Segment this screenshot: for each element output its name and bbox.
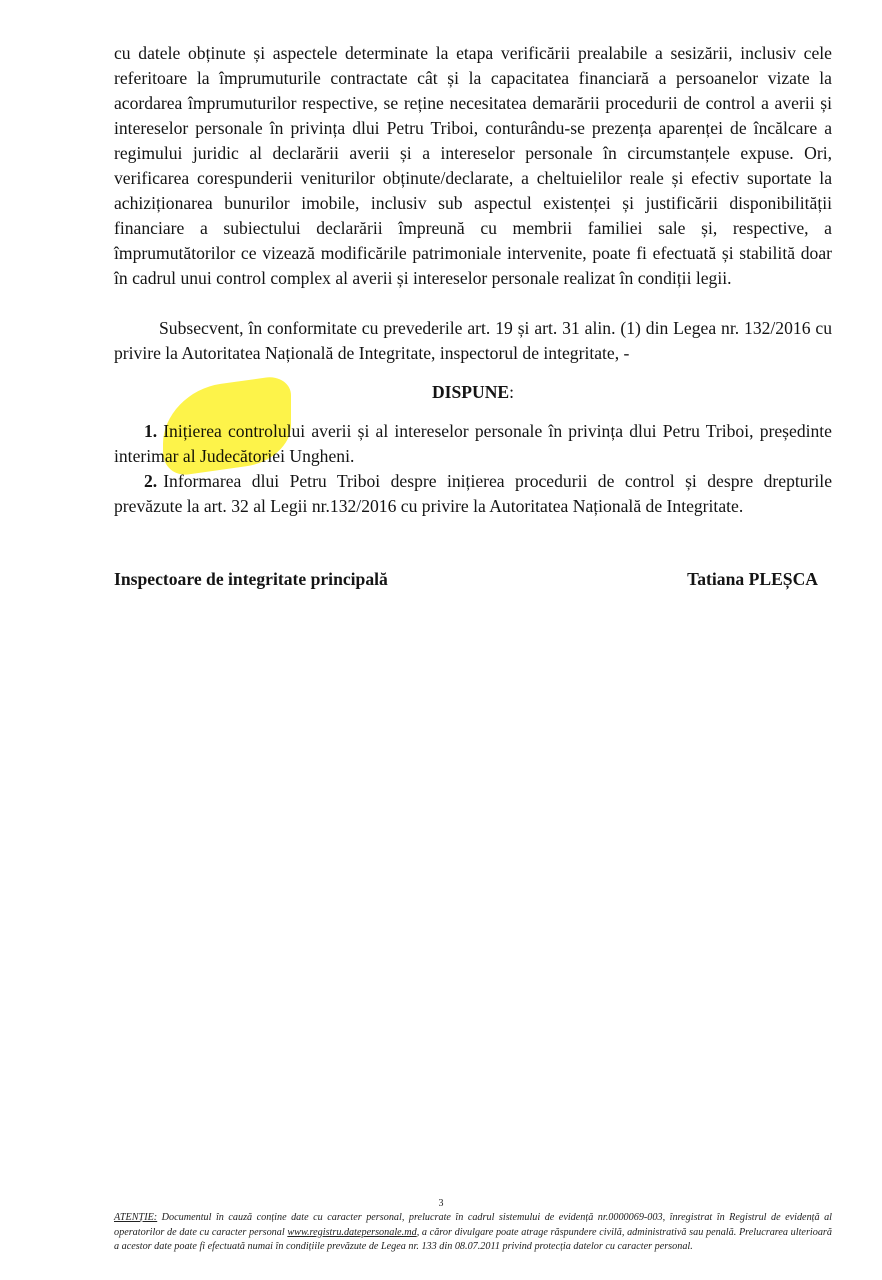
heading-text: DISPUNE — [432, 382, 509, 402]
document-page: cu datele obținute și aspectele determin… — [0, 0, 882, 1280]
paragraph-legal-basis: Subsecvent, în conformitate cu prevederi… — [114, 316, 832, 366]
signatory-name: Tatiana PLEȘCA — [687, 569, 818, 590]
item-number: 2. — [144, 471, 157, 491]
list-item: 2.Informarea dlui Petru Triboi despre in… — [114, 469, 832, 519]
page-number: 3 — [0, 1198, 882, 1209]
item-text: Informarea dlui Petru Triboi despre iniț… — [114, 471, 832, 516]
footer-label: ATENȚIE: — [114, 1212, 157, 1223]
paragraph-findings: cu datele obținute și aspectele determin… — [114, 41, 832, 291]
heading-colon: : — [509, 382, 514, 402]
signatory-title: Inspectoare de integritate principală — [114, 569, 388, 590]
footer-notice: ATENȚIE: Documentul în cauză conține dat… — [114, 1211, 832, 1255]
signature-block: Inspectoare de integritate principală Ta… — [114, 569, 818, 590]
registry-link[interactable]: www.registru.datepersonale.md — [287, 1227, 416, 1238]
item-number: 1. — [144, 421, 157, 441]
